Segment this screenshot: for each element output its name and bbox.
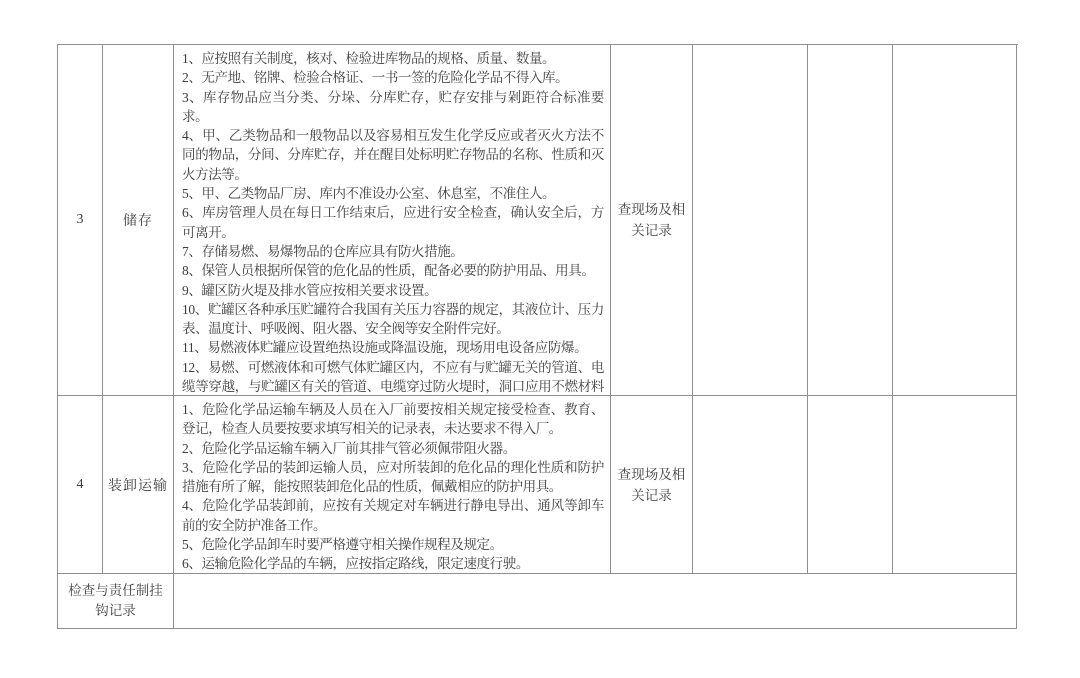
category-label: 储存 [123, 210, 153, 230]
result-cell-empty [808, 45, 893, 396]
check-item: 2、危险化学品运输车辆入厂前其排气管必须佩带阻火器。 [182, 439, 604, 458]
table-row-storage: 3 储存 1、应按照有关制度，核对、检验进库物品的规格、质量、数量。 2、无产地… [58, 45, 1017, 396]
check-items-cell: 1、应按照有关制度，核对、检验进库物品的规格、质量、数量。 2、无产地、铭牌、检… [174, 45, 611, 396]
check-item: 7、存储易燃、易爆物品的仓库应具有防火措施。 [182, 242, 604, 261]
check-item: 9、罐区防火堤及排水管应按相关要求设置。 [182, 281, 604, 300]
result-cell-empty [693, 396, 808, 574]
check-item: 4、危险化学品装卸前，应按有关规定对车辆进行静电导出、通风等卸车前的安全防护准备… [182, 496, 604, 535]
result-cell-empty [893, 396, 1017, 574]
check-method-label: 查现场及相关记录 [616, 199, 687, 241]
footer-label-cell: 检查与责任制挂钩记录 [58, 574, 174, 629]
check-item: 2、无产地、铭牌、检验合格证、一书一签的危险化学品不得入库。 [182, 68, 604, 87]
result-cell-empty [808, 396, 893, 574]
row-number-cell: 3 [58, 45, 103, 396]
check-item: 3、危险化学品的装卸运输人员，应对所装卸的危化品的理化性质和防护措施有所了解，能… [182, 458, 604, 497]
check-item: 5、危险化学品卸车时要严格遵守相关操作规程及规定。 [182, 535, 604, 554]
row-number: 4 [77, 477, 84, 493]
check-item: 12、易燃、可燃液体和可燃气体贮罐区内，不应有与贮罐无关的管道、电缆等穿越，与贮… [182, 358, 604, 396]
check-item: 10、贮罐区各种承压贮罐符合我国有关压力容器的规定，其液位计、压力表、温度计、呼… [182, 300, 604, 339]
category-label: 装卸运输 [108, 475, 168, 495]
check-item: 4、甲、乙类物品和一般物品以及容易相互发生化学反应或者灭火方法不同的物品，分间、… [182, 126, 604, 184]
check-item: 6、运输危险化学品的车辆，应按指定路线，限定速度行驶。 [182, 554, 604, 573]
check-item: 6、库房管理人员在每日工作结束后，应进行安全检查，确认安全后，方可离开。 [182, 203, 604, 242]
row-number: 3 [77, 212, 84, 228]
check-item: 11、易燃液体贮罐应设置绝热设施或降温设施，现场用电设备应防爆。 [182, 338, 604, 357]
result-cell-empty [693, 45, 808, 396]
result-cell-empty [893, 45, 1017, 396]
footer-label: 检查与责任制挂钩记录 [62, 581, 169, 621]
inspection-table: 3 储存 1、应按照有关制度，核对、检验进库物品的规格、质量、数量。 2、无产地… [57, 44, 1018, 629]
check-item: 1、应按照有关制度，核对、检验进库物品的规格、质量、数量。 [182, 49, 604, 68]
table-footer-row: 检查与责任制挂钩记录 [58, 574, 1017, 629]
table-row-loading-transport: 4 装卸运输 1、危险化学品运输车辆及人员在入厂前要按相关规定接受检查、教育、登… [58, 396, 1017, 574]
category-cell: 装卸运输 [103, 396, 174, 574]
check-method-label: 查现场及相关记录 [616, 464, 687, 506]
check-items-cell: 1、危险化学品运输车辆及人员在入厂前要按相关规定接受检查、教育、登记，检查人员要… [174, 396, 611, 574]
check-item: 5、甲、乙类物品厂房、库内不准设办公室、休息室，不准住人。 [182, 184, 604, 203]
footer-record-cell-empty [174, 574, 1017, 629]
category-cell: 储存 [103, 45, 174, 396]
row-number-cell: 4 [58, 396, 103, 574]
document-page: 3 储存 1、应按照有关制度，核对、检验进库物品的规格、质量、数量。 2、无产地… [0, 0, 1080, 678]
check-method-cell: 查现场及相关记录 [611, 396, 693, 574]
check-item: 8、保管人员根据所保管的危化品的性质，配备必要的防护用品、用具。 [182, 261, 604, 280]
check-method-cell: 查现场及相关记录 [611, 45, 693, 396]
check-item: 1、危险化学品运输车辆及人员在入厂前要按相关规定接受检查、教育、登记，检查人员要… [182, 400, 604, 439]
check-item: 3、库存物品应当分类、分垛、分库贮存，贮存安排与剁距符合标准要求。 [182, 88, 604, 127]
